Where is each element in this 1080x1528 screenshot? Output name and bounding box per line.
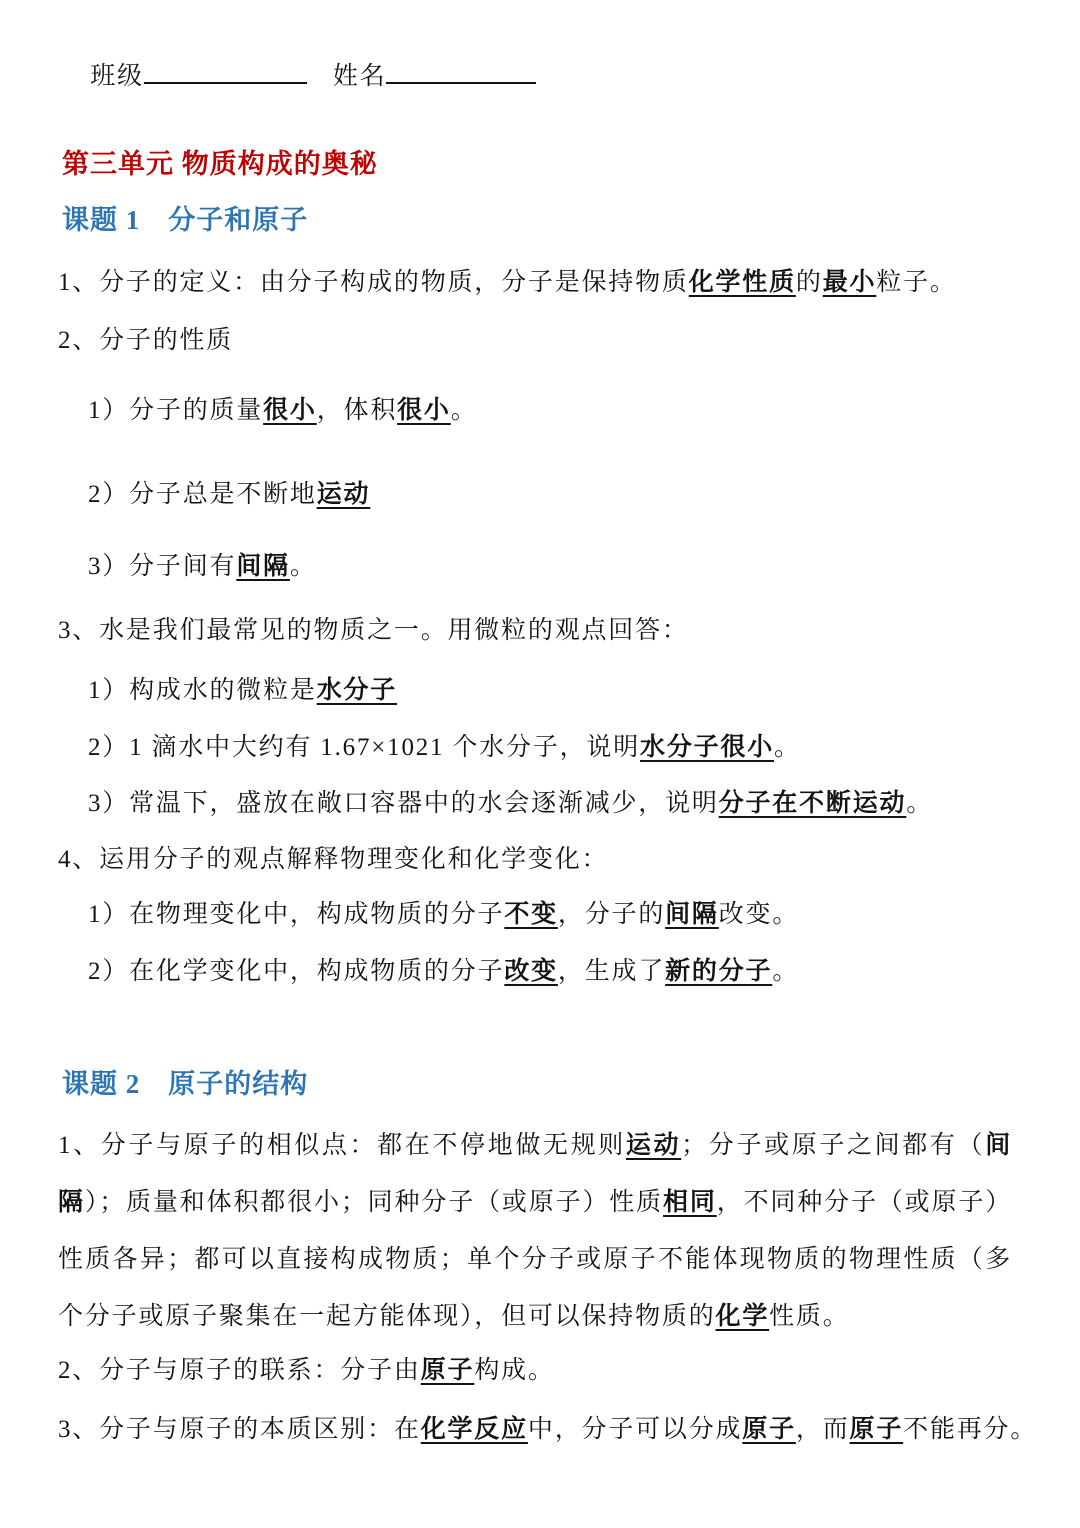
text-run: 中，分子可以分成 xyxy=(528,1416,742,1443)
text-run: 很小 xyxy=(397,397,451,424)
text-run: 3、水是我们最常见的物质之一。用微粒的观点回答： xyxy=(58,617,689,644)
text-run: 相同 xyxy=(663,1189,717,1216)
text-run: 1）在物理变化中，构成物质的分子 xyxy=(88,901,504,928)
text-run: 4、运用分子的观点解释物理变化和化学变化： xyxy=(58,846,608,873)
text-run: 。 xyxy=(451,397,478,424)
text-run: 改变。 xyxy=(719,901,799,928)
text-run: 。 xyxy=(772,958,799,985)
text-run: 不能再分。 xyxy=(903,1416,1037,1443)
text-run: 原子 xyxy=(742,1416,796,1443)
text-run: 化学性质 xyxy=(689,269,796,296)
text-run: 3、分子与原子的本质区别：在 xyxy=(58,1416,421,1443)
header-line: 班级姓名 xyxy=(58,23,536,126)
text-run: 2、分子与原子的联系：分子由 xyxy=(58,1357,421,1384)
text-run: 化学反应 xyxy=(421,1416,528,1443)
text-run: 运动 xyxy=(626,1132,681,1159)
topic1-item-3-sub-2: 2）1 滴水中大约有 1.67×1021 个水分子，说明水分子很小。 xyxy=(88,731,801,764)
text-run: 原子 xyxy=(850,1416,904,1443)
text-run: 原子 xyxy=(421,1357,475,1384)
text-run: 运动 xyxy=(317,481,371,508)
text-run: 1）构成水的微粒是 xyxy=(88,677,317,704)
topic1-item-2-sub-2: 2）分子总是不断地运动 xyxy=(88,478,370,511)
topic2-item-1: 1、分子与原子的相似点：都在不停地做无规则运动；分子或原子之间都有（间隔）；质量… xyxy=(58,1117,1012,1345)
text-run: 1）分子的质量 xyxy=(88,397,263,424)
topic1-item-3-sub-1: 1）构成水的微粒是水分子 xyxy=(88,674,397,707)
text-run: 1、分子与原子的相似点：都在不停地做无规则 xyxy=(58,1132,626,1159)
text-run: 最小 xyxy=(823,269,877,296)
topic1-title: 课题 1 分子和原子 xyxy=(62,202,308,238)
unit-title: 第三单元 物质构成的奥秘 xyxy=(62,146,378,182)
name-label: 姓名 xyxy=(333,63,387,90)
topic1-item-4: 4、运用分子的观点解释物理变化和化学变化： xyxy=(58,843,608,876)
text-run: 2）在化学变化中，构成物质的分子 xyxy=(88,958,504,985)
text-run: ，而 xyxy=(796,1416,850,1443)
text-run: 2、分子的性质 xyxy=(58,327,233,354)
text-run: 粒子。 xyxy=(876,269,956,296)
topic1-item-3-sub-3: 3）常温下，盛放在敞口容器中的水会逐渐减少，说明分子在不断运动。 xyxy=(88,787,933,820)
topic1-item-3: 3、水是我们最常见的物质之一。用微粒的观点回答： xyxy=(58,614,689,647)
text-run: 2）1 滴水中大约有 1.67×1021 个水分子，说明 xyxy=(88,734,640,761)
text-run: 改变 xyxy=(504,958,558,985)
topic2-item-3: 3、分子与原子的本质区别：在化学反应中，分子可以分成原子，而原子不能再分。 xyxy=(58,1413,1037,1446)
text-run: 新的分子 xyxy=(665,958,772,985)
topic1-item-2-sub-3: 3）分子间有间隔。 xyxy=(88,550,317,583)
topic1-item-2: 2、分子的性质 xyxy=(58,324,233,357)
topic1-item-2-sub-1: 1）分子的质量很小，体积很小。 xyxy=(88,394,478,427)
text-run: 1、分子的定义：由分子构成的物质，分子是保持物质 xyxy=(58,269,689,296)
topic2-item-2: 2、分子与原子的联系：分子由原子构成。 xyxy=(58,1354,555,1387)
text-run: 化学 xyxy=(716,1303,770,1330)
text-run: 2）分子总是不断地 xyxy=(88,481,317,508)
text-run: 水分子 xyxy=(317,677,397,704)
text-run: 的 xyxy=(796,269,823,296)
topic2-title: 课题 2 原子的结构 xyxy=(62,1066,308,1102)
text-run: 分子在不断运动 xyxy=(719,790,907,817)
class-label: 班级 xyxy=(90,63,144,90)
text-run: ，分子的 xyxy=(558,901,665,928)
text-run: ，生成了 xyxy=(558,958,665,985)
text-run: 很小 xyxy=(263,397,317,424)
text-run: 间隔 xyxy=(236,553,290,580)
text-run: 。 xyxy=(774,734,801,761)
text-run: ；分子或原子之间都有（ xyxy=(681,1132,985,1159)
topic1-item-1: 1、分子的定义：由分子构成的物质，分子是保持物质化学性质的最小粒子。 xyxy=(58,266,957,299)
text-run: ）；质量和体积都很小；同种分子（或原子）性质 xyxy=(85,1189,663,1216)
text-run: 。 xyxy=(906,790,933,817)
text-run: 水分子很小 xyxy=(640,734,774,761)
document-page: 班级姓名 第三单元 物质构成的奥秘 课题 1 分子和原子 1、分子的定义：由分子… xyxy=(0,0,1080,1528)
text-run: 3）常温下，盛放在敞口容器中的水会逐渐减少，说明 xyxy=(88,790,719,817)
text-run: ，体积 xyxy=(317,397,397,424)
text-run: 3）分子间有 xyxy=(88,553,236,580)
name-blank-line xyxy=(386,56,536,84)
topic1-item-4-sub-2: 2）在化学变化中，构成物质的分子改变，生成了新的分子。 xyxy=(88,955,799,988)
topic1-item-4-sub-1: 1）在物理变化中，构成物质的分子不变，分子的间隔改变。 xyxy=(88,898,799,931)
text-run: 性质。 xyxy=(769,1303,849,1330)
text-run: 不变 xyxy=(504,901,558,928)
text-run: 。 xyxy=(290,553,317,580)
text-run: 构成。 xyxy=(474,1357,554,1384)
text-run: 间隔 xyxy=(665,901,719,928)
class-blank-line xyxy=(144,56,307,84)
